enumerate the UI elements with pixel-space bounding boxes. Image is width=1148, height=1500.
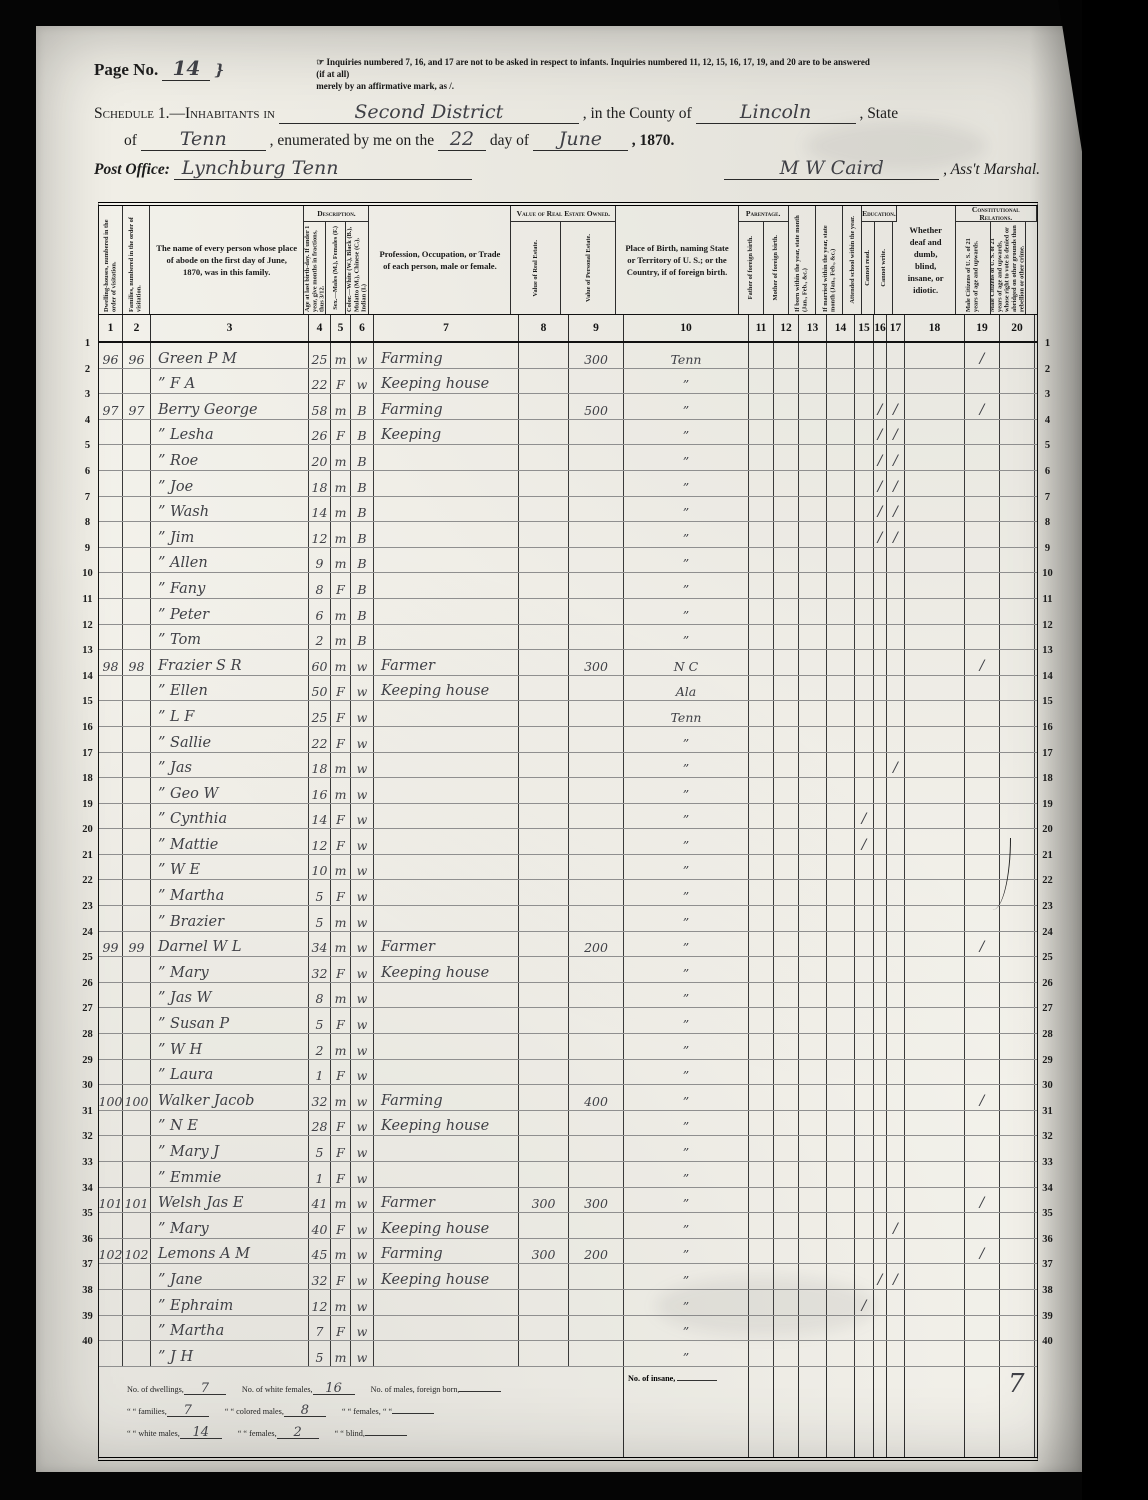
cell: [905, 829, 965, 854]
cell: ” Brazier: [151, 906, 309, 931]
cell: [887, 650, 905, 675]
cell-value: ”: [683, 940, 689, 955]
cell-value: 98: [129, 659, 145, 674]
cell: F: [331, 1008, 351, 1033]
cell-value: ” Allen: [158, 555, 208, 571]
table-row: ” F A22FwKeeping house”: [99, 369, 1037, 395]
table-row: ” Susan P5Fw”: [99, 1008, 1037, 1034]
cell: [519, 1290, 569, 1315]
cell-value: ” Roe: [158, 453, 198, 469]
cell-value: w: [357, 915, 368, 930]
cell-value: ” Jas: [158, 760, 192, 776]
column-group: Value of Real Estate Owned.Value of Real…: [511, 206, 616, 314]
cell: 100: [123, 1085, 151, 1110]
cell: [1000, 420, 1035, 445]
cell: [374, 471, 519, 496]
cell: [827, 497, 855, 522]
cell: 18: [309, 471, 331, 496]
table-row: ” Geo W16mw”: [99, 778, 1037, 804]
cell: ”: [624, 1213, 749, 1238]
cell: /: [887, 497, 905, 522]
cell: [799, 625, 827, 650]
cell-value: F: [336, 1068, 345, 1083]
cell: [374, 1060, 519, 1085]
cell: 58: [309, 394, 331, 419]
cell: [874, 1188, 887, 1213]
cell: w: [351, 932, 374, 957]
cell-value: ” W H: [158, 1042, 202, 1058]
cell: Keeping house: [374, 1213, 519, 1238]
cell-value: F: [336, 1273, 345, 1288]
footer-label: “ “ colored males,: [225, 1407, 284, 1416]
cell: [749, 599, 774, 624]
cell: [99, 420, 123, 445]
cell-value: F: [336, 838, 345, 853]
insane-blank: [677, 1372, 717, 1381]
cell-value: 101: [99, 1196, 123, 1211]
cell: w: [351, 1034, 374, 1059]
cell-value: w: [357, 1171, 368, 1186]
cell: [99, 1034, 123, 1059]
cell-value: w: [357, 1324, 368, 1339]
cell: [905, 753, 965, 778]
cell-value: 18: [312, 480, 328, 495]
cell-value: 25: [312, 352, 328, 367]
tally-mark: /: [893, 402, 898, 418]
column-group: Education.Cannot read.Cannot write.: [862, 206, 897, 314]
cell: 99: [123, 932, 151, 957]
cell: [569, 1290, 624, 1315]
cell: [774, 343, 799, 368]
cell: 400: [569, 1085, 624, 1110]
line-number: 15: [80, 696, 95, 722]
cell: w: [351, 1085, 374, 1110]
cell: [569, 906, 624, 931]
cell: [569, 420, 624, 445]
line-number: 25: [80, 952, 95, 978]
cell-value: Farming: [381, 1246, 443, 1262]
cell: m: [331, 1034, 351, 1059]
cell: [569, 855, 624, 880]
column-heading: The name of every person whose place of …: [150, 206, 305, 314]
cell: 5: [309, 906, 331, 931]
cell: [569, 1316, 624, 1341]
cell: ”: [624, 778, 749, 803]
cell: [1000, 778, 1035, 803]
cell: F: [331, 701, 351, 726]
cell: ” F A: [151, 369, 309, 394]
line-number: 2: [1040, 364, 1055, 390]
cell: 34: [309, 932, 331, 957]
cell: [99, 1008, 123, 1033]
cell-value: 100: [125, 1094, 149, 1109]
line-number: 12: [1040, 620, 1055, 646]
cell: [874, 369, 887, 394]
cell: [827, 548, 855, 573]
cell: [1000, 497, 1035, 522]
line-number: 4: [80, 415, 95, 441]
cell-value: m: [335, 991, 347, 1006]
cell: 41: [309, 1188, 331, 1213]
cell: 18: [309, 753, 331, 778]
cell: m: [331, 778, 351, 803]
cell-value: N C: [674, 659, 698, 674]
tally-mark: /: [878, 530, 883, 546]
cell-value: 6: [316, 608, 324, 623]
cell-value: Lemons A M: [158, 1246, 250, 1262]
line-number: 30: [80, 1080, 95, 1106]
cell: [887, 548, 905, 573]
cell: [827, 522, 855, 547]
footer-summary: No. of dwellings, 7No. of white females,…: [99, 1367, 624, 1457]
cell: [99, 701, 123, 726]
column-heading: Sex.—Males (M.), Females (F.): [326, 222, 346, 314]
table-row: 9797Berry George58mBFarming500”///: [99, 394, 1037, 420]
tally-mark: /: [980, 351, 985, 367]
cell-value: ”: [683, 863, 689, 878]
cell: 200: [569, 932, 624, 957]
cell: [749, 1188, 774, 1213]
cell: ”: [624, 829, 749, 854]
column-number: 3: [151, 315, 309, 341]
cell: [374, 1290, 519, 1315]
column-group: Constitutional Relations.Male Citizens o…: [956, 206, 1037, 314]
cell-value: 22: [312, 377, 328, 392]
cell: [799, 880, 827, 905]
cell: [99, 1341, 123, 1366]
cell: ” W H: [151, 1034, 309, 1059]
cell-value: w: [357, 787, 368, 802]
cell: ” Mattie: [151, 829, 309, 854]
cell-value: w: [357, 838, 368, 853]
cell: w: [351, 343, 374, 368]
cell: [874, 701, 887, 726]
tally-mark: /: [893, 504, 898, 520]
cell: 8: [309, 573, 331, 598]
cell: [887, 1085, 905, 1110]
cell: [855, 957, 874, 982]
cell: [519, 343, 569, 368]
cell: [887, 343, 905, 368]
inquiries-note: ☞ Inquiries numbered 7, 16, and 17 are n…: [316, 56, 876, 92]
cell-value: 18: [312, 761, 328, 776]
cell: [123, 1111, 151, 1136]
cell-value: w: [357, 966, 368, 981]
cell: Darnel W L: [151, 932, 309, 957]
cell-value: B: [357, 454, 366, 469]
cell-value: m: [335, 940, 347, 955]
cell: [374, 983, 519, 1008]
cell: [874, 855, 887, 880]
cell: [123, 1136, 151, 1161]
cell: m: [331, 855, 351, 880]
cell: [905, 1264, 965, 1289]
cell: [519, 753, 569, 778]
cell: [569, 1162, 624, 1187]
cell-value: F: [336, 428, 345, 443]
cell-value: 300: [532, 1196, 556, 1211]
cell: [99, 1111, 123, 1136]
cell: [519, 471, 569, 496]
cell: 9: [309, 548, 331, 573]
cell-value: w: [357, 1350, 368, 1365]
cell: [799, 829, 827, 854]
cell-value: ” Jas W: [158, 990, 211, 1006]
cell: [374, 1008, 519, 1033]
cell: [855, 906, 874, 931]
cell: [1000, 394, 1035, 419]
cell-value: w: [357, 863, 368, 878]
cell-value: 1: [316, 1171, 324, 1186]
cell: [569, 957, 624, 982]
line-number: 17: [1040, 748, 1055, 774]
cell-value: 22: [312, 736, 328, 751]
column-number: 6: [351, 315, 374, 341]
cell-value: B: [357, 428, 366, 443]
inquiries-line2: merely by an affirmative mark, as /.: [316, 80, 876, 92]
cell: [874, 1034, 887, 1059]
cell: [749, 676, 774, 701]
cell: w: [351, 1136, 374, 1161]
tally-mark: /: [862, 837, 867, 853]
column-heading: Profession, Occupation, or Trade of each…: [369, 206, 511, 314]
cell: [374, 573, 519, 598]
cell-value: m: [335, 1299, 347, 1314]
cell: [887, 625, 905, 650]
cell: [99, 1136, 123, 1161]
cell: ”: [624, 445, 749, 470]
cell: [99, 906, 123, 931]
cell: m: [331, 1239, 351, 1264]
cell: [905, 1008, 965, 1033]
cell: [99, 1290, 123, 1315]
cell: [905, 1341, 965, 1366]
column-group-label: Constitutional Relations.: [956, 206, 1037, 222]
column-heading: Whether deaf and dumb, blind, insane, or…: [897, 206, 956, 314]
cell-value: ” F A: [158, 376, 195, 392]
cell: [887, 880, 905, 905]
cell: /: [887, 1213, 905, 1238]
cell: Keeping house: [374, 676, 519, 701]
column-heading: Value of Personal Estate.: [561, 222, 616, 314]
census-page-scan: Page No. 14 } ☞ Inquiries numbered 7, 16…: [36, 26, 1082, 1472]
cell-value: m: [335, 505, 347, 520]
cell-value: Keeping: [381, 427, 441, 443]
cell: [519, 573, 569, 598]
cell: /: [874, 471, 887, 496]
line-numbers-left: 1234567891011121314151617181920212223242…: [80, 338, 95, 1362]
enumerated-label: , enumerated by me on the: [270, 132, 434, 149]
cell: [887, 369, 905, 394]
cell-value: 12: [312, 838, 328, 853]
table-row: ” Tom2mB”: [99, 625, 1037, 651]
cell: ”: [624, 471, 749, 496]
cell: [874, 1060, 887, 1085]
line-number: 12: [80, 620, 95, 646]
cell: [905, 1213, 965, 1238]
line-number: 8: [80, 517, 95, 543]
cell: [519, 1060, 569, 1085]
cell: 10: [309, 855, 331, 880]
cell: [887, 1034, 905, 1059]
cell: ”: [624, 1136, 749, 1161]
cell: [519, 957, 569, 982]
cell: Keeping house: [374, 369, 519, 394]
cell-value: 12: [312, 531, 328, 546]
cell: [855, 471, 874, 496]
cell: ” Sallie: [151, 727, 309, 752]
cell: [1000, 1162, 1035, 1187]
cell: [965, 983, 1000, 1008]
cell: [874, 676, 887, 701]
cell: [123, 906, 151, 931]
cell: F: [331, 1111, 351, 1136]
line-number: 18: [1040, 773, 1055, 799]
line-number: 10: [1040, 568, 1055, 594]
cell: [569, 1264, 624, 1289]
cell: [774, 625, 799, 650]
cell: ” N E: [151, 1111, 309, 1136]
cell-value: ”: [683, 531, 689, 546]
cell: [519, 829, 569, 854]
table-row: ” Fany8FB”: [99, 573, 1037, 599]
cell: [749, 1213, 774, 1238]
cell: [519, 625, 569, 650]
cell-value: w: [357, 1222, 368, 1237]
cell-value: F: [336, 1145, 345, 1160]
cell: [519, 880, 569, 905]
footer-value: 8: [284, 1403, 326, 1417]
cell: ” Mary J: [151, 1136, 309, 1161]
cell: 96: [99, 343, 123, 368]
cell: [123, 497, 151, 522]
cell: [827, 650, 855, 675]
cell: [569, 753, 624, 778]
cell: [749, 1085, 774, 1110]
cell: [774, 753, 799, 778]
cell: [749, 1060, 774, 1085]
cell: B: [351, 548, 374, 573]
cell: [905, 880, 965, 905]
cell: [855, 625, 874, 650]
line-number: 17: [80, 748, 95, 774]
cell: /: [887, 420, 905, 445]
cell-value: w: [357, 1273, 368, 1288]
cell: F: [331, 1060, 351, 1085]
cell: [1000, 727, 1035, 752]
cell: [799, 804, 827, 829]
cell: ”: [624, 932, 749, 957]
line-number: 9: [80, 543, 95, 569]
cell: [123, 804, 151, 829]
table-row: ” Martha5Fw”: [99, 880, 1037, 906]
cell: /: [855, 804, 874, 829]
cell: [965, 599, 1000, 624]
cell: [749, 1162, 774, 1187]
cell: m: [331, 906, 351, 931]
cell: [799, 906, 827, 931]
table-row: 101101Welsh Jas E41mwFarmer300300”/: [99, 1188, 1037, 1214]
cell: [123, 727, 151, 752]
cell: [965, 804, 1000, 829]
cell: [569, 1060, 624, 1085]
footer-cell: [855, 1367, 874, 1457]
cell: 200: [569, 1239, 624, 1264]
line-number: 11: [1040, 594, 1055, 620]
state-suffix: , State: [859, 105, 898, 122]
cell: B: [351, 471, 374, 496]
tally-mark: /: [862, 811, 867, 827]
table-row: 9898Frazier S R60mwFarmer300N C/: [99, 650, 1037, 676]
cell: [905, 1085, 965, 1110]
cell-value: ”: [683, 1196, 689, 1211]
cell-value: 25: [312, 710, 328, 725]
cell: [519, 855, 569, 880]
cell-value: 400: [584, 1094, 608, 1109]
cell: [569, 804, 624, 829]
cell-value: m: [335, 787, 347, 802]
cell-value: 50: [312, 684, 328, 699]
cell: [874, 343, 887, 368]
cell: [519, 599, 569, 624]
cell: [827, 983, 855, 1008]
column-number: 12: [774, 315, 799, 341]
line-number: 33: [80, 1157, 95, 1183]
cell: 102: [123, 1239, 151, 1264]
cell-value: m: [335, 454, 347, 469]
column-number: 19: [965, 315, 1000, 341]
cell-value: 101: [125, 1196, 149, 1211]
cell-value: Farming: [381, 402, 443, 418]
line-number: 22: [1040, 875, 1055, 901]
cell: [99, 599, 123, 624]
footer-label: “ “ families,: [127, 1407, 167, 1416]
cell: [1000, 548, 1035, 573]
cell: [905, 650, 965, 675]
cell: [799, 497, 827, 522]
column-heading: Value of Real Estate.: [511, 222, 561, 314]
line-number: 19: [1040, 799, 1055, 825]
cell: F: [331, 1136, 351, 1161]
cell-value: 100: [99, 1094, 123, 1109]
line-number: 3: [1040, 389, 1055, 415]
line-number: 24: [80, 927, 95, 953]
cell: [749, 932, 774, 957]
cell: [827, 1060, 855, 1085]
cell: /: [965, 1085, 1000, 1110]
cell-value: ”: [683, 505, 689, 520]
cell: [569, 599, 624, 624]
cell: 32: [309, 1264, 331, 1289]
cell: [774, 855, 799, 880]
cell: [1000, 1060, 1035, 1085]
footer-label: “ “ white males,: [127, 1429, 180, 1438]
cell-value: w: [357, 1043, 368, 1058]
cell: [855, 573, 874, 598]
cell-value: w: [357, 377, 368, 392]
column-number: 9: [569, 315, 624, 341]
cell-value: w: [357, 710, 368, 725]
cell: ” L F: [151, 701, 309, 726]
cell: ” Mary: [151, 1213, 309, 1238]
cell-value: Darnel W L: [158, 939, 242, 955]
cell-value: ” Emmie: [158, 1170, 221, 1186]
column-group-columns: Cannot read.Cannot write.: [862, 222, 897, 314]
cell-value: ” Sallie: [158, 735, 211, 751]
cell: /: [965, 394, 1000, 419]
cell: w: [351, 1213, 374, 1238]
table-row: ” Mary J5Fw”: [99, 1136, 1037, 1162]
